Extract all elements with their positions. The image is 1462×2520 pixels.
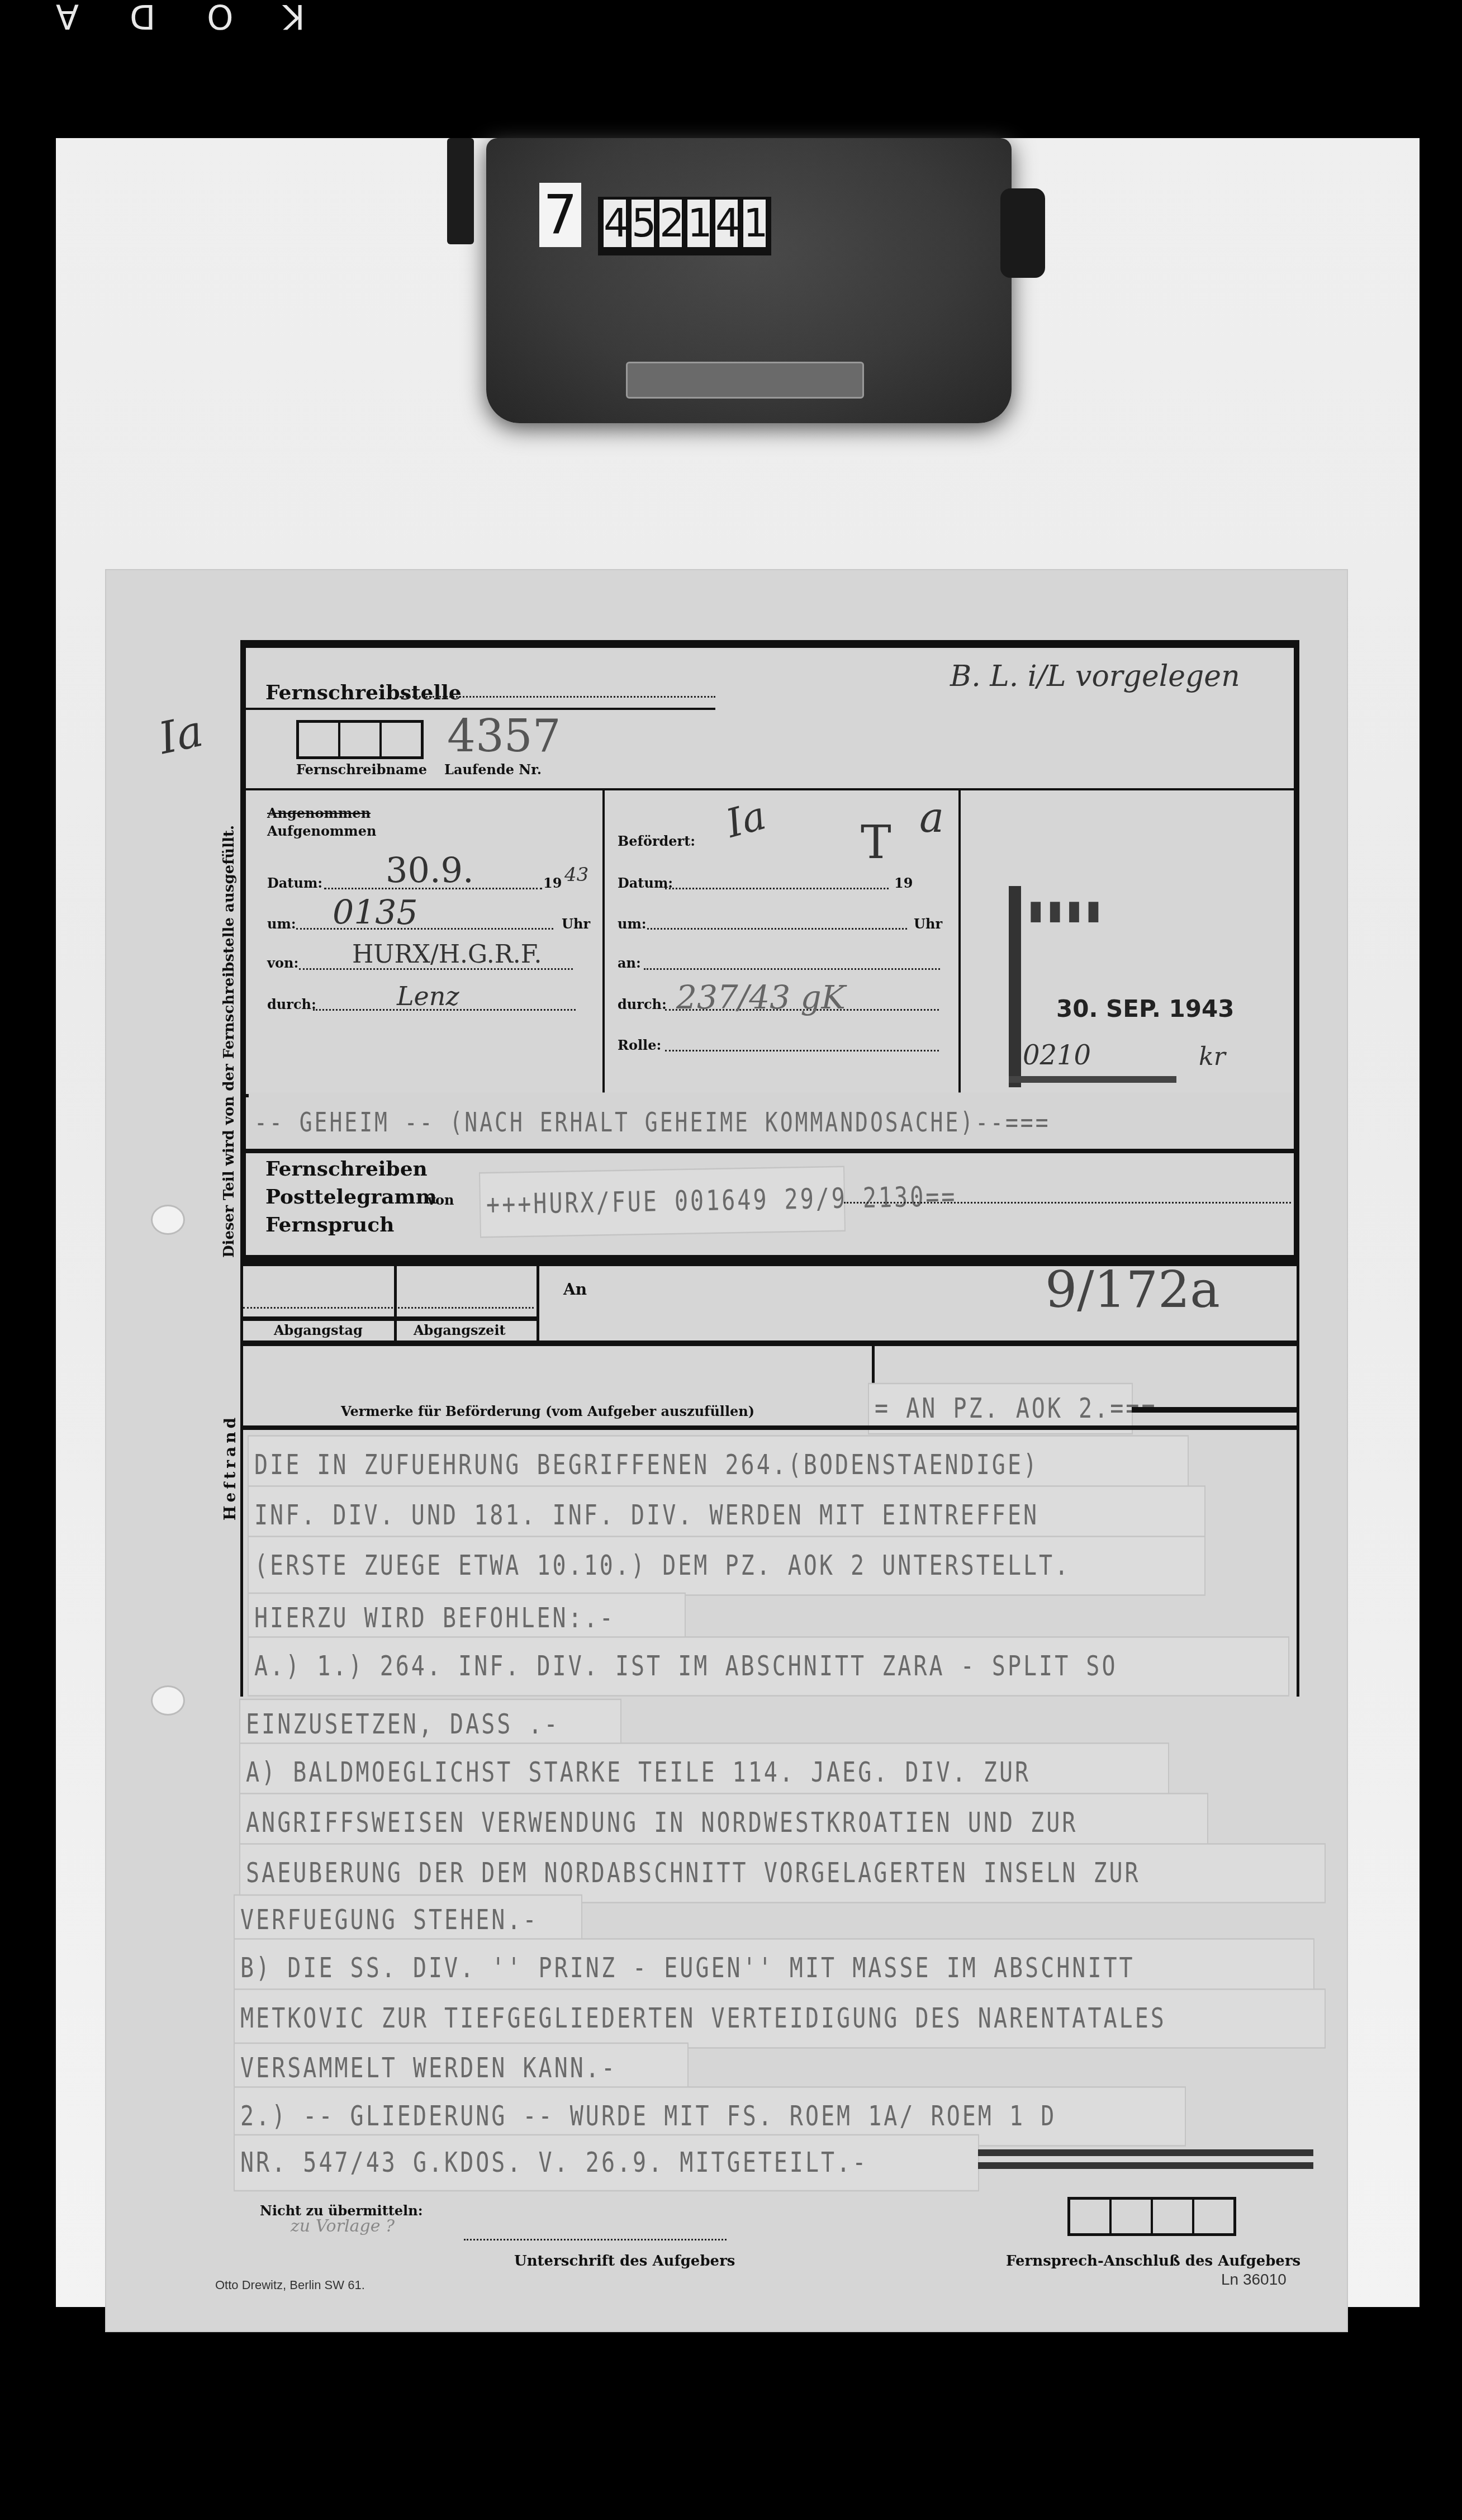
- station-field: [400, 696, 715, 698]
- type-label-telex: Fernschreiben: [265, 1157, 428, 1181]
- message-line: A) BALDMOEGLICHST STARKE TEILE 114. JAEG…: [240, 1744, 1168, 1802]
- received-by-label: durch:: [267, 996, 316, 1012]
- forwarded-to-field: [644, 968, 940, 970]
- section-rule: [246, 788, 1294, 790]
- a-mark-handwriting: a: [919, 794, 944, 842]
- section-rule: [243, 1340, 1299, 1346]
- forwarded-year-prefix: 19: [894, 875, 913, 891]
- type-label-phone-message: Fernspruch: [265, 1213, 394, 1237]
- type-label-post-telegram: Posttelegramm: [265, 1185, 437, 1209]
- sender-signature-label: Unterschrift des Aufgebers: [514, 2253, 735, 2270]
- received-from-label: von:: [267, 955, 298, 971]
- origin-strip: +++HURX/FUE 001649 29/9 2130==: [480, 1167, 844, 1237]
- classification-strip: -- GEHEIM -- (NACH ERHALT GEHEIME KOMMAN…: [249, 1092, 1294, 1152]
- stamp-bracket: [1009, 886, 1021, 1087]
- forwarded-by-label: durch:: [618, 996, 667, 1012]
- forwarded-heading: Befördert:: [618, 833, 695, 849]
- from-word: von: [428, 1192, 454, 1208]
- message-line: EINZUSETZEN, DASS .-: [240, 1700, 620, 1749]
- forwarded-roll-field: [665, 1050, 939, 1051]
- film-edge-marking: KODA: [4, 0, 305, 36]
- counter-knob: [1000, 188, 1045, 278]
- received-time-value: 0135: [333, 893, 418, 932]
- message-line: DIE IN ZUFUEHRUNG BEGRIFFENEN 264.(BODEN…: [249, 1437, 1188, 1494]
- remarks-rule: [1132, 1407, 1299, 1413]
- t-mark-handwriting: T: [861, 816, 891, 869]
- received-date-value: 30.9.: [386, 850, 474, 890]
- departure-fields-dotline: [243, 1307, 534, 1309]
- serial-number-value: 4357: [447, 710, 561, 762]
- printer-imprint: Otto Drewitz, Berlin SW 61.: [215, 2278, 365, 2292]
- sender-phone-boxes: [1067, 2197, 1236, 2236]
- stamp-time-handwritten: 0210: [1023, 1040, 1091, 1071]
- frame-counter-device: 7 4 5 2 1 4 1: [486, 138, 1012, 423]
- stamp-header-smudged: ▮▮▮▮: [1028, 894, 1105, 926]
- counter-digit: 5: [632, 200, 654, 247]
- counter-digit: 4: [604, 200, 626, 247]
- side-label-binding-edge: Heftrand: [221, 1414, 239, 1520]
- message-line: NR. 547/43 G.KDOS. V. 26.9. MITGETEILT.-: [235, 2135, 978, 2190]
- review-note-handwriting: B. L. i/L vorgelegen: [950, 660, 1240, 693]
- received-from-value: HURX/H.G.R.F.: [352, 940, 542, 969]
- counter-digit: 1: [743, 200, 766, 247]
- section-rule: [246, 1149, 1294, 1153]
- counter-nameplate: [626, 362, 864, 399]
- stamp-date: 30. SEP. 1943: [1056, 995, 1235, 1022]
- column-divider: [602, 789, 605, 1094]
- counter-strap: [447, 138, 474, 244]
- received-year-prefix: 19: [543, 875, 562, 891]
- departure-rule: [243, 1316, 537, 1321]
- remarks-label: Vermerke für Beförderung (vom Aufgeber a…: [341, 1403, 754, 1419]
- message-line: VERFUEGUNG STEHEN.-: [235, 1896, 581, 1945]
- end-double-rule: [978, 2149, 1313, 2156]
- station-label: Fernschreibstelle: [265, 681, 462, 704]
- not-to-transmit-note: zu Vorlage ?: [291, 2216, 395, 2236]
- departure-divider: [537, 1263, 539, 1341]
- accepted-heading-struck: Angenommen: [267, 805, 371, 821]
- message-line: A.) 1.) 264. INF. DIV. IST IM ABSCHNITT …: [249, 1638, 1288, 1695]
- end-double-rule: [978, 2162, 1313, 2169]
- received-time-unit: Uhr: [562, 916, 590, 932]
- message-line: SAEUBERUNG DER DEM NORDABSCHNITT VORGELA…: [240, 1845, 1325, 1902]
- section-rule: [243, 1425, 1299, 1430]
- lower-frame-right: [1297, 1255, 1299, 1697]
- message-line: METKOVIC ZUR TIEFGEGLIEDERTEN VERTEIDIGU…: [235, 1990, 1325, 2048]
- counter-digit: 4: [715, 200, 738, 247]
- side-label-station-use: Dieser Teil wird von der Fernschreibstel…: [221, 825, 238, 1258]
- received-time-label: um:: [267, 916, 296, 932]
- teleprinter-name-label: Fernschreibname: [296, 761, 427, 778]
- form-number: Ln 36010: [1221, 2271, 1287, 2289]
- received-heading: Aufgenommen: [267, 823, 376, 839]
- message-line: ANGRIFFSWEISEN VERWENDUNG IN NORDWESTKRO…: [240, 1794, 1207, 1852]
- origin-field: [844, 1202, 1291, 1204]
- counter-digit: 1: [687, 200, 710, 247]
- departure-divider: [394, 1263, 397, 1341]
- sender-phone-label: Fernsprech-Anschluß des Aufgebers: [1006, 2253, 1300, 2270]
- forwarded-by-value: 237/43 gK: [676, 978, 846, 1016]
- stamp-bracket-base: [1009, 1076, 1176, 1083]
- forwarded-time-unit: Uhr: [914, 916, 942, 932]
- file-number-handwriting: 9/172a: [1045, 1261, 1220, 1319]
- counter-wheels: 4 5 2 1 4 1: [598, 197, 771, 255]
- received-year-value: 43: [564, 864, 588, 886]
- addressee-label: An: [563, 1280, 587, 1299]
- lower-frame-left: [240, 1255, 243, 1697]
- serial-number-label: Laufende Nr.: [444, 761, 542, 778]
- sender-signature-field: [464, 2239, 727, 2240]
- departure-time-label: Abgangszeit: [414, 1322, 506, 1338]
- message-line: B) DIE SS. DIV. '' PRINZ - EUGEN'' MIT M…: [235, 1940, 1313, 1997]
- punch-hole: [151, 1205, 185, 1235]
- punch-hole: [151, 1685, 185, 1716]
- teleprinter-name-boxes: [296, 720, 424, 759]
- forwarded-time-label: um:: [618, 916, 647, 932]
- message-line: INF. DIV. UND 181. INF. DIV. WERDEN MIT …: [249, 1487, 1204, 1545]
- received-date-label: Datum:: [267, 875, 322, 891]
- margin-handwriting: Ia: [154, 706, 207, 764]
- forwarded-roll-label: Rolle:: [618, 1037, 661, 1053]
- forwarded-date-field: [665, 888, 889, 889]
- counter-digit: 2: [659, 200, 682, 247]
- stamp-initials: kr: [1199, 1043, 1226, 1071]
- departure-day-label: Abgangstag: [274, 1322, 363, 1338]
- received-by-value: Lenz: [397, 981, 459, 1011]
- message-line: HIERZU WIRD BEFOHLEN:.-: [249, 1594, 685, 1643]
- column-divider: [958, 789, 961, 1094]
- forwarded-time-field: [647, 928, 907, 930]
- counter-prefix: 7: [539, 183, 581, 247]
- message-line: (ERSTE ZUEGE ETWA 10.10.) DEM PZ. AOK 2 …: [249, 1537, 1204, 1595]
- message-line: VERSAMMELT WERDEN KANN.-: [235, 2044, 687, 2093]
- forwarded-to-label: an:: [618, 955, 641, 971]
